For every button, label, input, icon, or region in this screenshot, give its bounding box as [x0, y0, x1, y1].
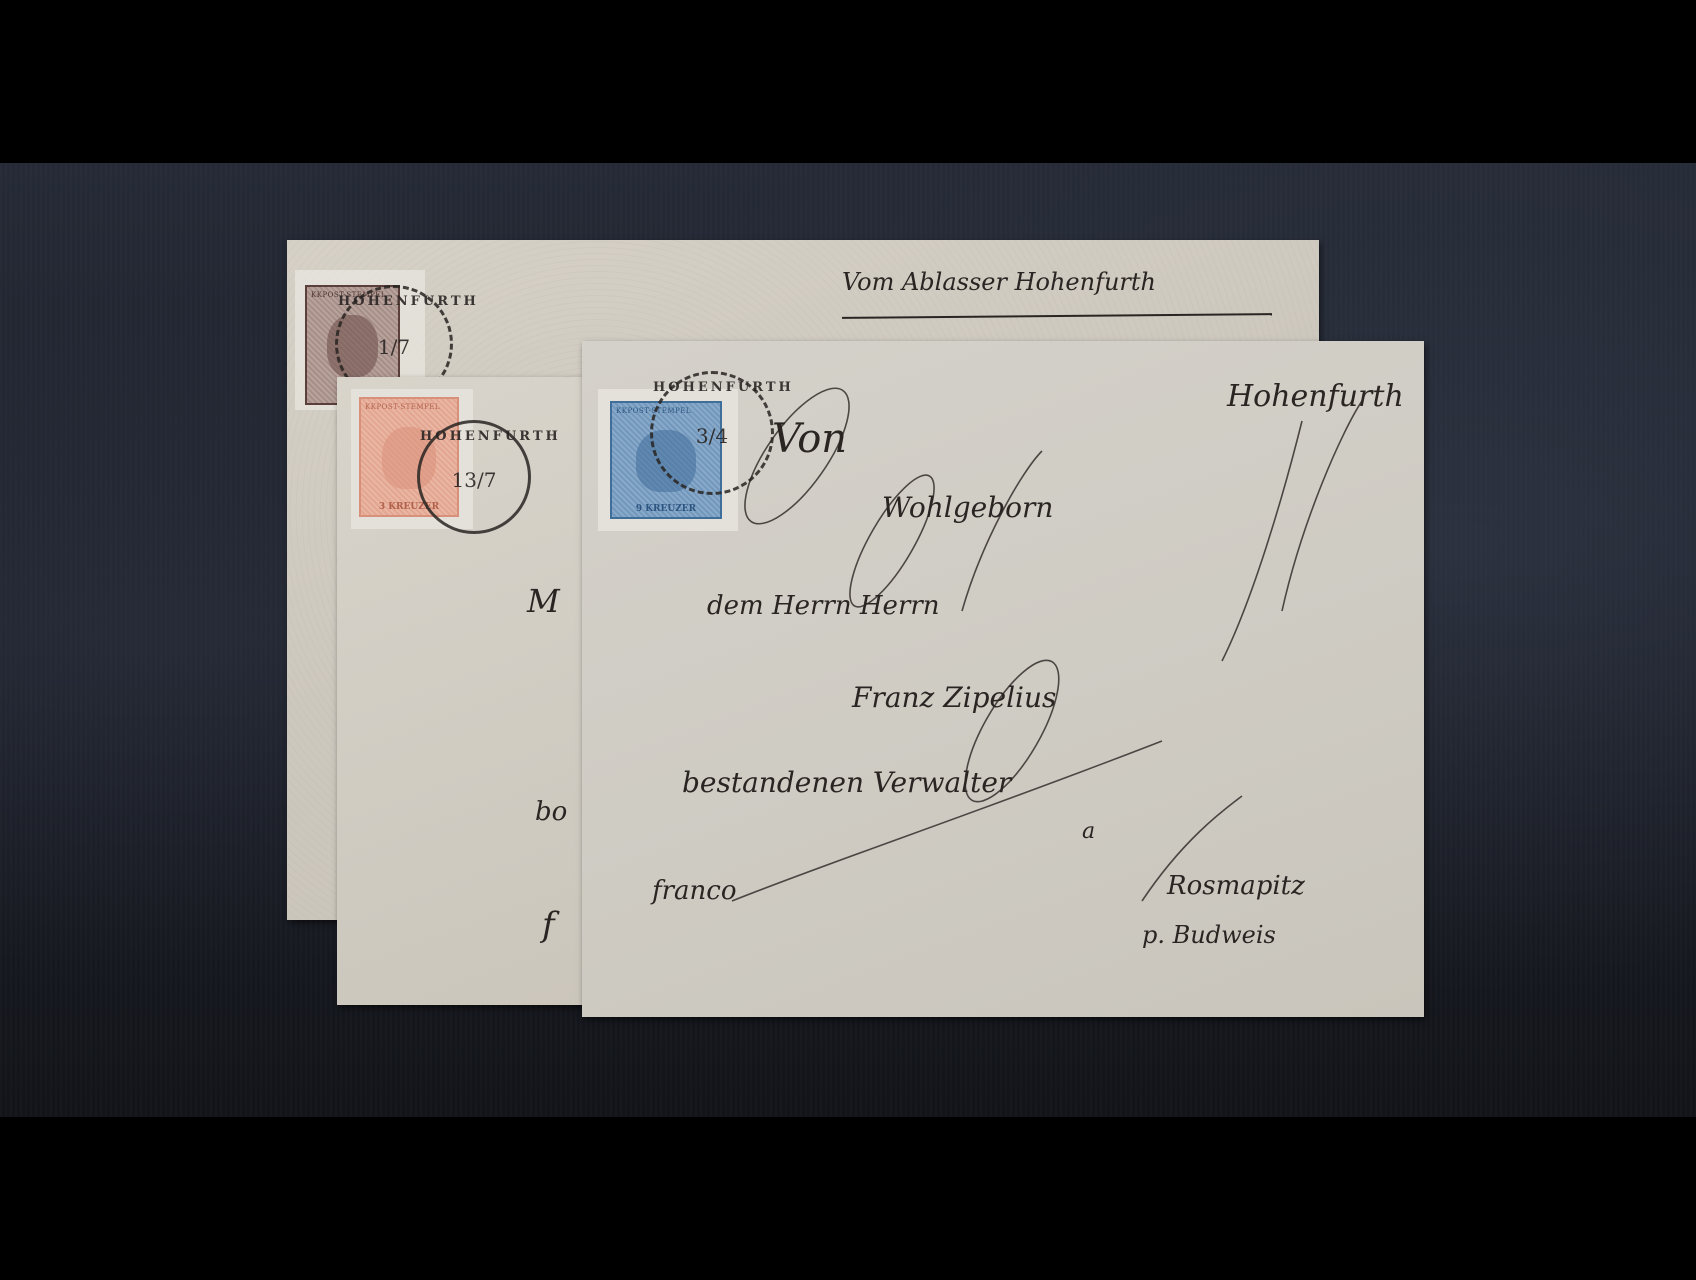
address-line: p. Budweis [1142, 921, 1276, 949]
photograph: KKPOST-STEMPEL 6 HOHENFURTH 1/7 Vom Abla… [0, 163, 1696, 1117]
postmark-front: HOHENFURTH 3/4 [650, 371, 774, 495]
stamp-value: 9 KREUZER [616, 504, 716, 514]
postmark-middle: HOHENFURTH 13/7 [417, 420, 531, 534]
handwriting-fragment: bo [535, 797, 567, 827]
address-line: Wohlgeborn [882, 491, 1053, 524]
top-letterbox-bar [0, 0, 1696, 163]
handwritten-origin: Hohenfurth [1227, 379, 1404, 414]
handwriting-fragment: M [527, 582, 560, 620]
underline [842, 313, 1272, 319]
bottom-letterbox-bar [0, 1117, 1696, 1280]
handwriting-fragment: f [542, 905, 555, 945]
address-line: Von [772, 416, 847, 462]
address-line: Rosmapitz [1167, 871, 1305, 901]
cover-middle: KKPOST-STEMPEL 3 KREUZER HOHENFURTH 13/7… [337, 377, 597, 1005]
address-line: dem Herrn Herrn [707, 591, 940, 621]
handwritten-note: Vom Ablasser Hohenfurth [842, 268, 1156, 296]
address-line: bestandenen Verwalter [682, 766, 1011, 799]
address-line: Franz Zipelius [852, 681, 1056, 714]
cover-front: KKPOST-STEMPEL 9 KREUZER HOHENFURTH 3/4 … [582, 341, 1424, 1017]
franco-note: franco [652, 876, 737, 906]
stamp-header: KKPOST-STEMPEL [365, 403, 453, 411]
address-line: a [1082, 819, 1095, 844]
